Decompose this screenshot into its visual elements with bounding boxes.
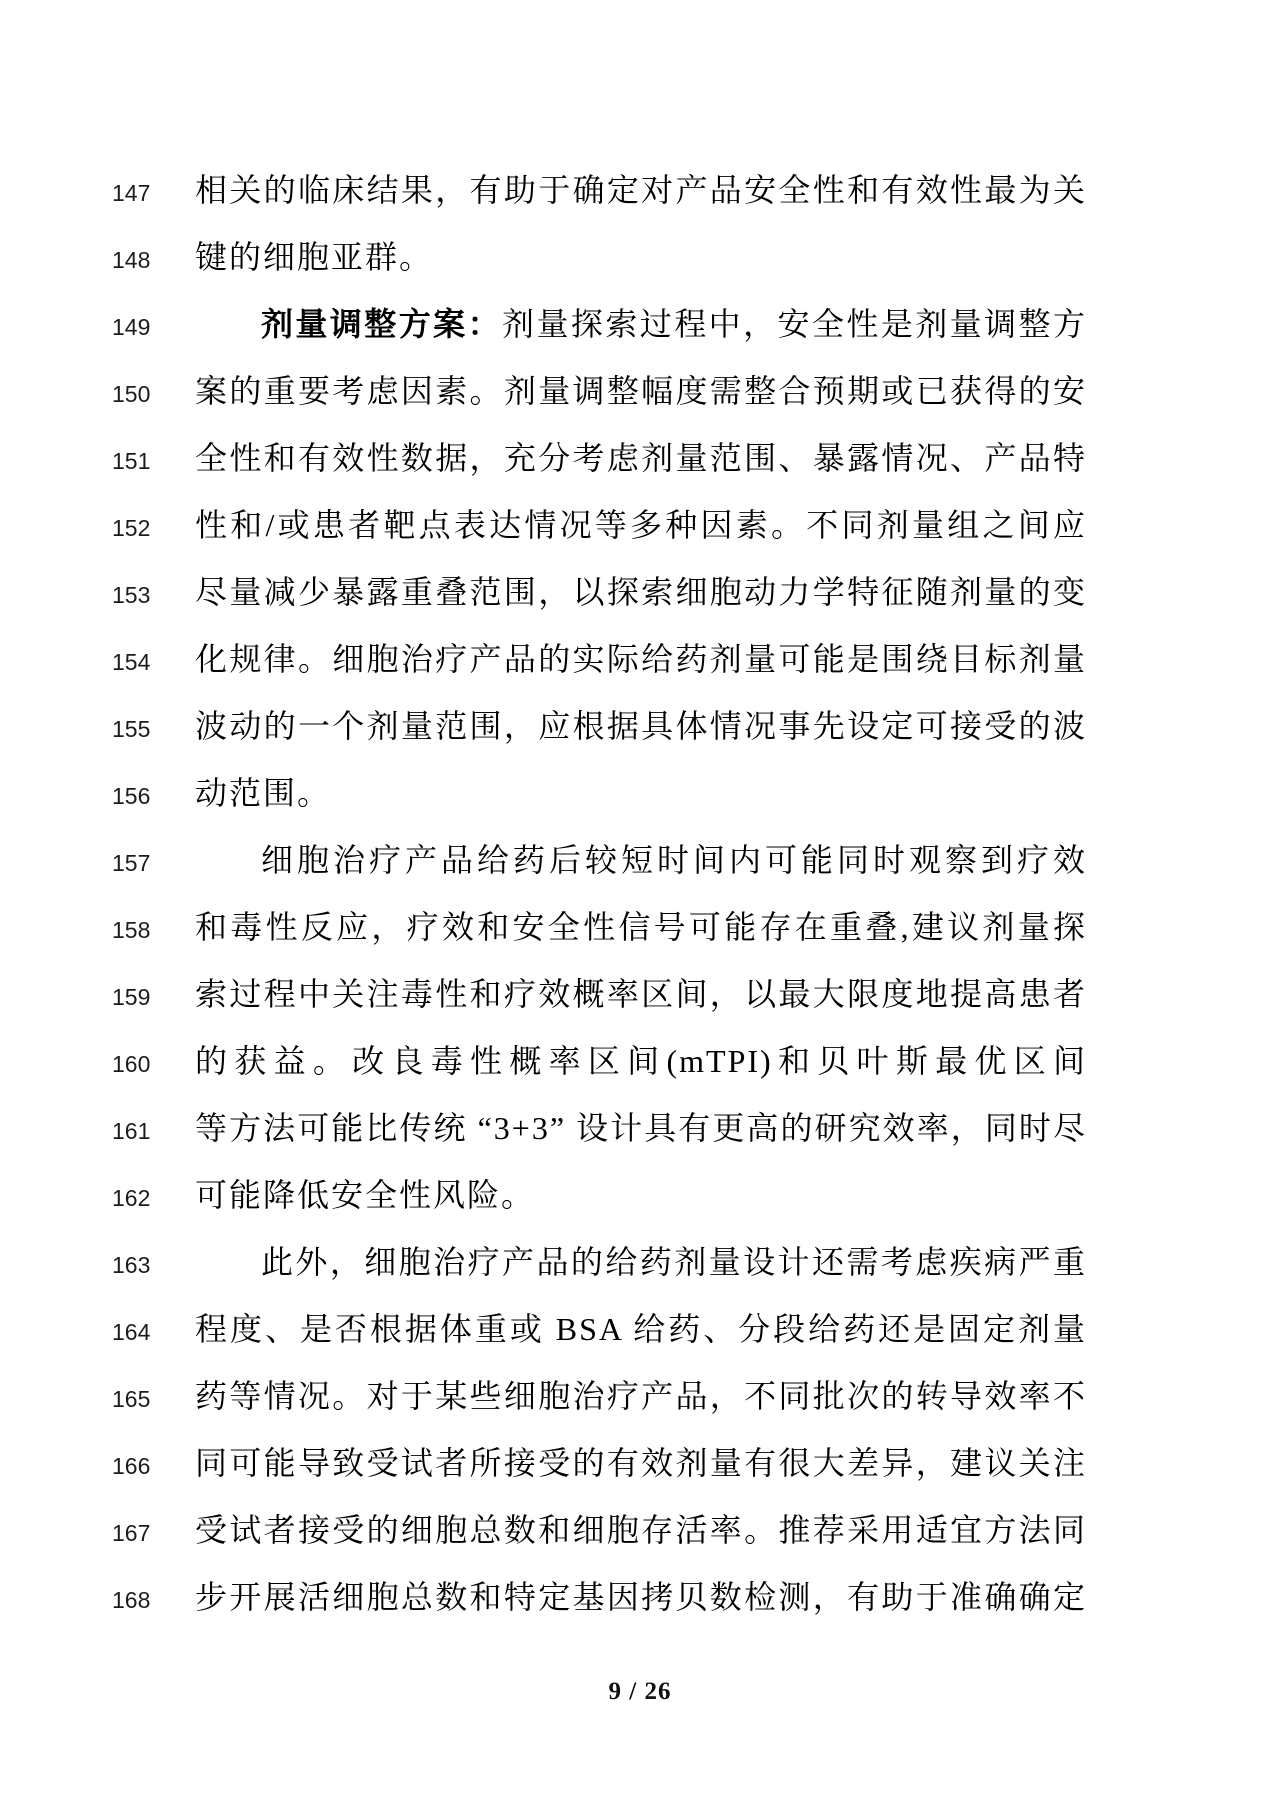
line-number: 151 xyxy=(112,448,195,475)
line-number: 147 xyxy=(112,180,195,207)
line-number: 163 xyxy=(112,1252,195,1279)
text-run: 全性和有效性数据，充分考虑剂量范围、暴露情况、产品特 xyxy=(195,440,1087,476)
line-text: 的获益。改良毒性概率区间(mTPI)和贝叶斯最优区间(BOIN) xyxy=(195,1028,1087,1095)
text-run: 等方法可能比传统 “3+3” 设计具有更高的研究效率，同时尽 xyxy=(195,1110,1087,1146)
text-run: 和毒性反应，疗效和安全性信号可能存在重叠,建议剂量探 xyxy=(195,909,1087,945)
text-line: 166 同可能导致受试者所接受的有效剂量有很大差异，建议关注 xyxy=(112,1430,1087,1497)
text-line: 156 动范围。 xyxy=(112,760,1087,827)
text-line: 159 索过程中关注毒性和疗效概率区间，以最大限度地提高患者 xyxy=(112,961,1087,1028)
line-number: 149 xyxy=(112,314,195,341)
text-run: 尽量减少暴露重叠范围，以探索细胞动力学特征随剂量的变 xyxy=(195,574,1087,610)
line-number: 168 xyxy=(112,1587,195,1614)
line-number: 162 xyxy=(112,1185,195,1212)
line-number: 158 xyxy=(112,917,195,944)
line-text: 键的细胞亚群。 xyxy=(195,224,1087,291)
text-line: 154 化规律。细胞治疗产品的实际给药剂量可能是围绕目标剂量 xyxy=(112,626,1087,693)
text-run: 同可能导致受试者所接受的有效剂量有很大差异，建议关注 xyxy=(195,1445,1087,1481)
text-line: 152 性和/或患者靶点表达情况等多种因素。不同剂量组之间应 xyxy=(112,492,1087,559)
line-text: 程度、是否根据体重或 BSA 给药、分段给药还是固定剂量给 xyxy=(195,1296,1087,1363)
text-run: 索过程中关注毒性和疗效概率区间，以最大限度地提高患者 xyxy=(195,976,1087,1012)
line-number: 161 xyxy=(112,1118,195,1145)
text-line: 148 键的细胞亚群。 xyxy=(112,224,1087,291)
text-run: 步开展活细胞总数和特定基因拷贝数检测，有助于准确确定 xyxy=(195,1579,1087,1615)
text-run: 动范围。 xyxy=(195,775,331,811)
text-run: 可能降低安全性风险。 xyxy=(195,1177,535,1213)
line-text: 动范围。 xyxy=(195,760,1087,827)
text-line: 160 的获益。改良毒性概率区间(mTPI)和贝叶斯最优区间(BOIN) xyxy=(112,1028,1087,1095)
text-line: 155 波动的一个剂量范围，应根据具体情况事先设定可接受的波 xyxy=(112,693,1087,760)
line-text: 全性和有效性数据，充分考虑剂量范围、暴露情况、产品特 xyxy=(195,425,1087,492)
line-text: 性和/或患者靶点表达情况等多种因素。不同剂量组之间应 xyxy=(195,492,1087,559)
document-body: 147 相关的临床结果，有助于确定对产品安全性和有效性最为关 148 键的细胞亚… xyxy=(112,157,1087,1631)
text-line: 161 等方法可能比传统 “3+3” 设计具有更高的研究效率，同时尽 xyxy=(112,1095,1087,1162)
line-text: 尽量减少暴露重叠范围，以探索细胞动力学特征随剂量的变 xyxy=(195,559,1087,626)
text-line: 165 药等情况。对于某些细胞治疗产品，不同批次的转导效率不 xyxy=(112,1363,1087,1430)
line-number: 159 xyxy=(112,984,195,1011)
text-line: 150 案的重要考虑因素。剂量调整幅度需整合预期或已获得的安 xyxy=(112,358,1087,425)
line-number: 148 xyxy=(112,247,195,274)
line-number: 150 xyxy=(112,381,195,408)
line-text: 相关的临床结果，有助于确定对产品安全性和有效性最为关 xyxy=(195,157,1087,224)
text-run: 案的重要考虑因素。剂量调整幅度需整合预期或已获得的安 xyxy=(195,373,1087,409)
text-line: 147 相关的临床结果，有助于确定对产品安全性和有效性最为关 xyxy=(112,157,1087,224)
line-number: 165 xyxy=(112,1386,195,1413)
line-number: 155 xyxy=(112,716,195,743)
text-line: 168 步开展活细胞总数和特定基因拷贝数检测，有助于准确确定 xyxy=(112,1564,1087,1631)
line-text: 药等情况。对于某些细胞治疗产品，不同批次的转导效率不 xyxy=(195,1363,1087,1430)
text-line: 157 细胞治疗产品给药后较短时间内可能同时观察到疗效 xyxy=(112,827,1087,894)
line-text: 索过程中关注毒性和疗效概率区间，以最大限度地提高患者 xyxy=(195,961,1087,1028)
text-run: 性和/或患者靶点表达情况等多种因素。不同剂量组之间应 xyxy=(195,507,1087,543)
line-text: 细胞治疗产品给药后较短时间内可能同时观察到疗效 xyxy=(195,827,1087,894)
text-run: 的获益。改良毒性概率区间(mTPI)和贝叶斯最优区间(BOIN) xyxy=(195,1043,1087,1095)
line-number: 164 xyxy=(112,1319,195,1346)
line-number: 153 xyxy=(112,582,195,609)
line-text: 步开展活细胞总数和特定基因拷贝数检测，有助于准确确定 xyxy=(195,1564,1087,1631)
text-run: 剂量探索过程中，安全性是剂量调整方 xyxy=(502,306,1087,342)
text-run: 程度、是否根据体重或 BSA 给药、分段给药还是固定剂量给 xyxy=(195,1311,1087,1363)
text-run: 波动的一个剂量范围，应根据具体情况事先设定可接受的波 xyxy=(195,708,1087,744)
text-line: 153 尽量减少暴露重叠范围，以探索细胞动力学特征随剂量的变 xyxy=(112,559,1087,626)
text-line: 167 受试者接受的细胞总数和细胞存活率。推荐采用适宜方法同 xyxy=(112,1497,1087,1564)
line-number: 154 xyxy=(112,649,195,676)
text-run: 相关的临床结果，有助于确定对产品安全性和有效性最为关 xyxy=(195,172,1087,208)
text-run: 受试者接受的细胞总数和细胞存活率。推荐采用适宜方法同 xyxy=(195,1512,1087,1548)
line-text: 等方法可能比传统 “3+3” 设计具有更高的研究效率，同时尽 xyxy=(195,1095,1087,1162)
line-number: 166 xyxy=(112,1453,195,1480)
line-number: 157 xyxy=(112,850,195,877)
text-line: 151 全性和有效性数据，充分考虑剂量范围、暴露情况、产品特 xyxy=(112,425,1087,492)
text-run: 此外，细胞治疗产品的给药剂量设计还需考虑疾病严重 xyxy=(261,1244,1087,1280)
line-text: 可能降低安全性风险。 xyxy=(195,1162,1087,1229)
line-number: 160 xyxy=(112,1051,195,1078)
text-run: 药等情况。对于某些细胞治疗产品，不同批次的转导效率不 xyxy=(195,1378,1087,1414)
line-text: 同可能导致受试者所接受的有效剂量有很大差异，建议关注 xyxy=(195,1430,1087,1497)
text-run: 化规律。细胞治疗产品的实际给药剂量可能是围绕目标剂量 xyxy=(195,641,1087,677)
line-text: 波动的一个剂量范围，应根据具体情况事先设定可接受的波 xyxy=(195,693,1087,760)
text-line: 164 程度、是否根据体重或 BSA 给药、分段给药还是固定剂量给 xyxy=(112,1296,1087,1363)
line-number: 167 xyxy=(112,1520,195,1547)
text-run: 键的细胞亚群。 xyxy=(195,239,433,275)
text-line: 163 此外，细胞治疗产品的给药剂量设计还需考虑疾病严重 xyxy=(112,1229,1087,1296)
text-line: 158 和毒性反应，疗效和安全性信号可能存在重叠,建议剂量探 xyxy=(112,894,1087,961)
text-line: 149 剂量调整方案：剂量探索过程中，安全性是剂量调整方 xyxy=(112,291,1087,358)
line-text: 此外，细胞治疗产品的给药剂量设计还需考虑疾病严重 xyxy=(195,1229,1087,1296)
text-run: 细胞治疗产品给药后较短时间内可能同时观察到疗效 xyxy=(261,842,1087,878)
line-text: 化规律。细胞治疗产品的实际给药剂量可能是围绕目标剂量 xyxy=(195,626,1087,693)
line-text: 和毒性反应，疗效和安全性信号可能存在重叠,建议剂量探 xyxy=(195,894,1087,961)
line-number: 152 xyxy=(112,515,195,542)
line-text: 受试者接受的细胞总数和细胞存活率。推荐采用适宜方法同 xyxy=(195,1497,1087,1564)
line-number: 156 xyxy=(112,783,195,810)
document-page: 147 相关的临床结果，有助于确定对产品安全性和有效性最为关 148 键的细胞亚… xyxy=(0,0,1280,1810)
line-text: 案的重要考虑因素。剂量调整幅度需整合预期或已获得的安 xyxy=(195,358,1087,425)
page-number: 9 / 26 xyxy=(0,1678,1280,1706)
text-line: 162 可能降低安全性风险。 xyxy=(112,1162,1087,1229)
line-text: 剂量调整方案：剂量探索过程中，安全性是剂量调整方 xyxy=(195,291,1087,358)
bold-run: 剂量调整方案： xyxy=(261,306,502,342)
